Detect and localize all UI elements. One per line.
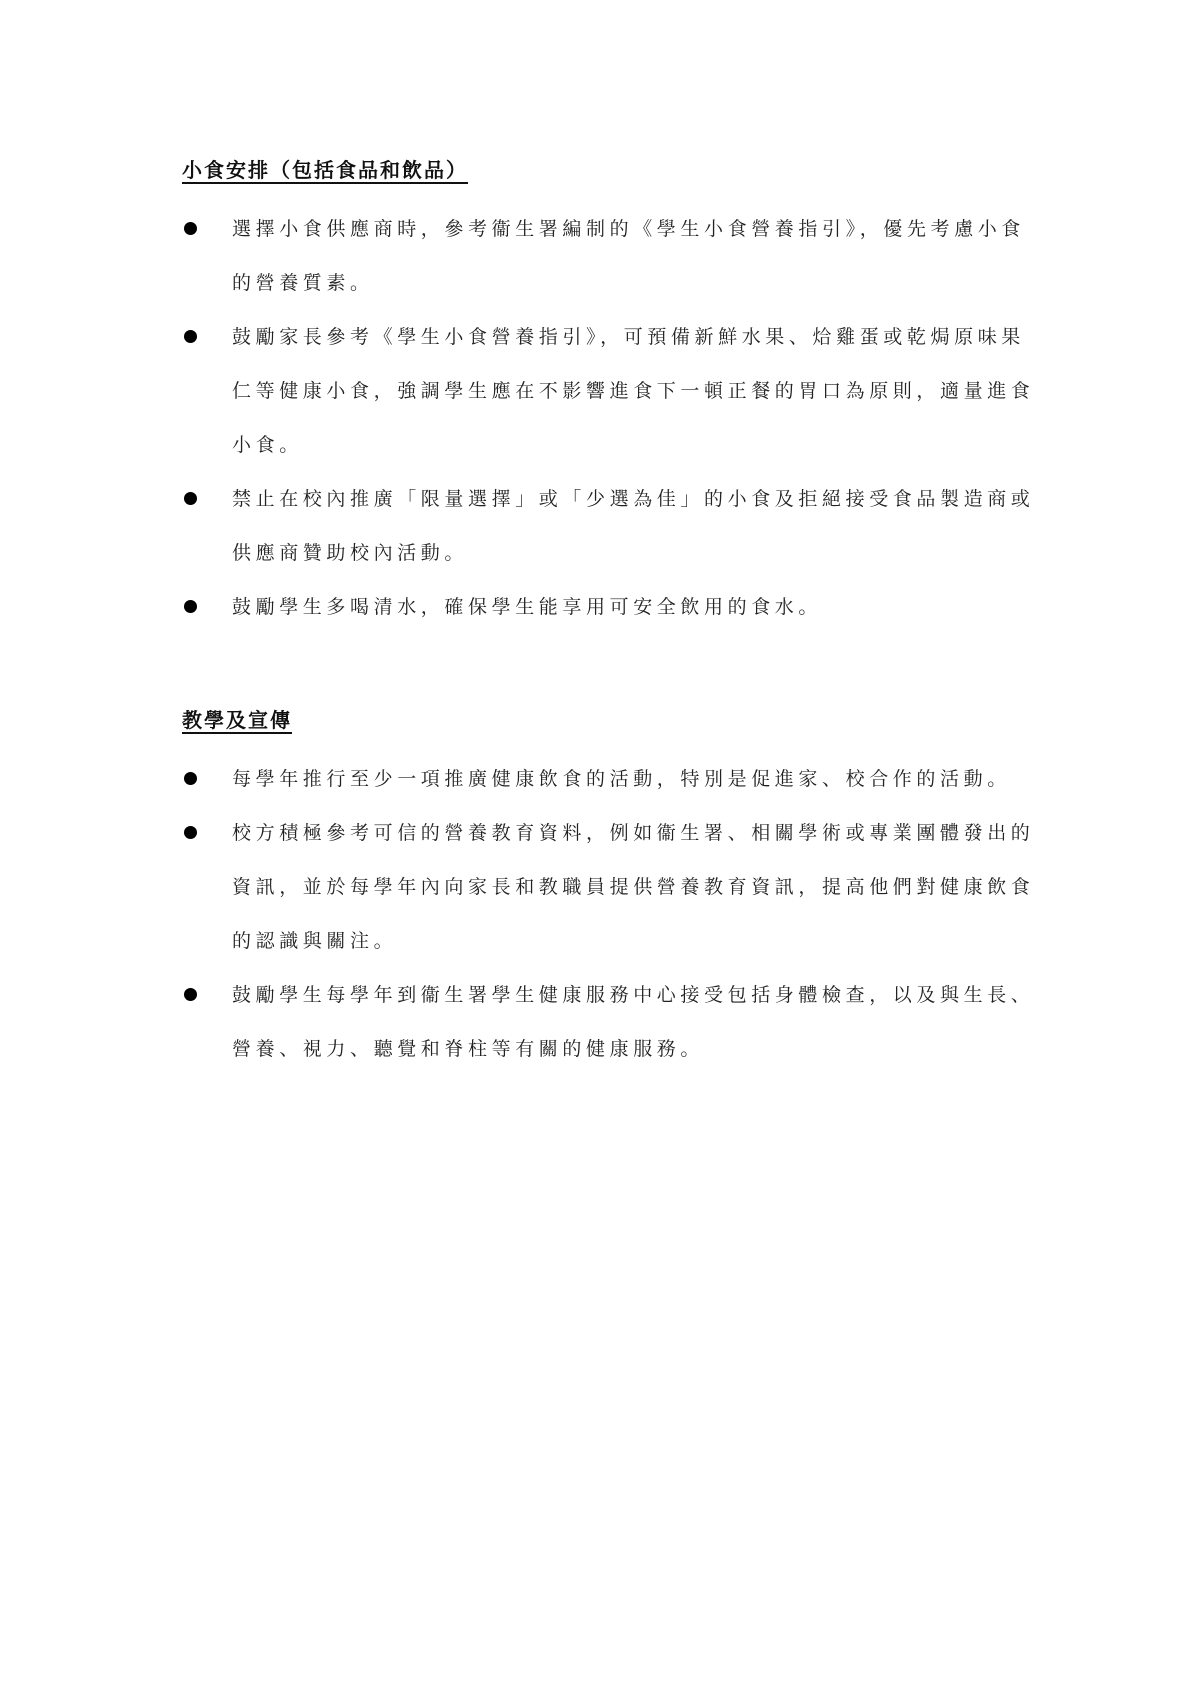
section-snack-arrangement: 小食安排（包括食品和飲品） 選擇小食供應商時，參考衞生署編制的《學生小食營養指引…: [182, 156, 1042, 634]
list-item-text: 鼓勵學生每學年到衞生署學生健康服務中心接受包括身體檢查，以及與生長、營養、視力、…: [232, 984, 1034, 1060]
bullet-list: 每學年推行至少一項推廣健康飲食的活動，特別是促進家、校合作的活動。 校方積極參考…: [182, 752, 1042, 1076]
list-item: 鼓勵學生每學年到衞生署學生健康服務中心接受包括身體檢查，以及與生長、營養、視力、…: [182, 968, 1042, 1076]
bullet-dot-icon: [184, 600, 197, 613]
list-item-text: 禁止在校內推廣「限量選擇」或「少選為佳」的小食及拒絕接受食品製造商或供應商贊助校…: [232, 488, 1034, 564]
list-item: 每學年推行至少一項推廣健康飲食的活動，特別是促進家、校合作的活動。: [182, 752, 1042, 806]
list-item-text: 校方積極參考可信的營養教育資料，例如衞生署、相關學術或專業團體發出的資訊，並於每…: [232, 822, 1034, 952]
section-teaching-promotion: 教學及宣傳 每學年推行至少一項推廣健康飲食的活動，特別是促進家、校合作的活動。 …: [182, 706, 1042, 1076]
bullet-list: 選擇小食供應商時，參考衞生署編制的《學生小食營養指引》，優先考慮小食的營養質素。…: [182, 202, 1042, 634]
list-item: 校方積極參考可信的營養教育資料，例如衞生署、相關學術或專業團體發出的資訊，並於每…: [182, 806, 1042, 968]
list-item: 鼓勵家長參考《學生小食營養指引》，可預備新鮮水果、烚雞蛋或乾焗原味果仁等健康小食…: [182, 310, 1042, 472]
bullet-dot-icon: [184, 988, 197, 1001]
list-item: 鼓勵學生多喝清水，確保學生能享用可安全飲用的食水。: [182, 580, 1042, 634]
list-item-text: 鼓勵家長參考《學生小食營養指引》，可預備新鮮水果、烚雞蛋或乾焗原味果仁等健康小食…: [232, 326, 1034, 456]
section-heading: 教學及宣傳: [182, 706, 1042, 734]
list-item-text: 鼓勵學生多喝清水，確保學生能享用可安全飲用的食水。: [232, 596, 822, 618]
list-item: 選擇小食供應商時，參考衞生署編制的《學生小食營養指引》，優先考慮小食的營養質素。: [182, 202, 1042, 310]
document-page: 小食安排（包括食品和飲品） 選擇小食供應商時，參考衞生署編制的《學生小食營養指引…: [0, 0, 1200, 1697]
list-item: 禁止在校內推廣「限量選擇」或「少選為佳」的小食及拒絕接受食品製造商或供應商贊助校…: [182, 472, 1042, 580]
bullet-dot-icon: [184, 492, 197, 505]
bullet-dot-icon: [184, 826, 197, 839]
list-item-text: 選擇小食供應商時，參考衞生署編制的《學生小食營養指引》，優先考慮小食的營養質素。: [232, 218, 1025, 294]
bullet-dot-icon: [184, 772, 197, 785]
list-item-text: 每學年推行至少一項推廣健康飲食的活動，特別是促進家、校合作的活動。: [232, 768, 1011, 790]
section-heading: 小食安排（包括食品和飲品）: [182, 156, 1042, 184]
bullet-dot-icon: [184, 222, 197, 235]
bullet-dot-icon: [184, 330, 197, 343]
